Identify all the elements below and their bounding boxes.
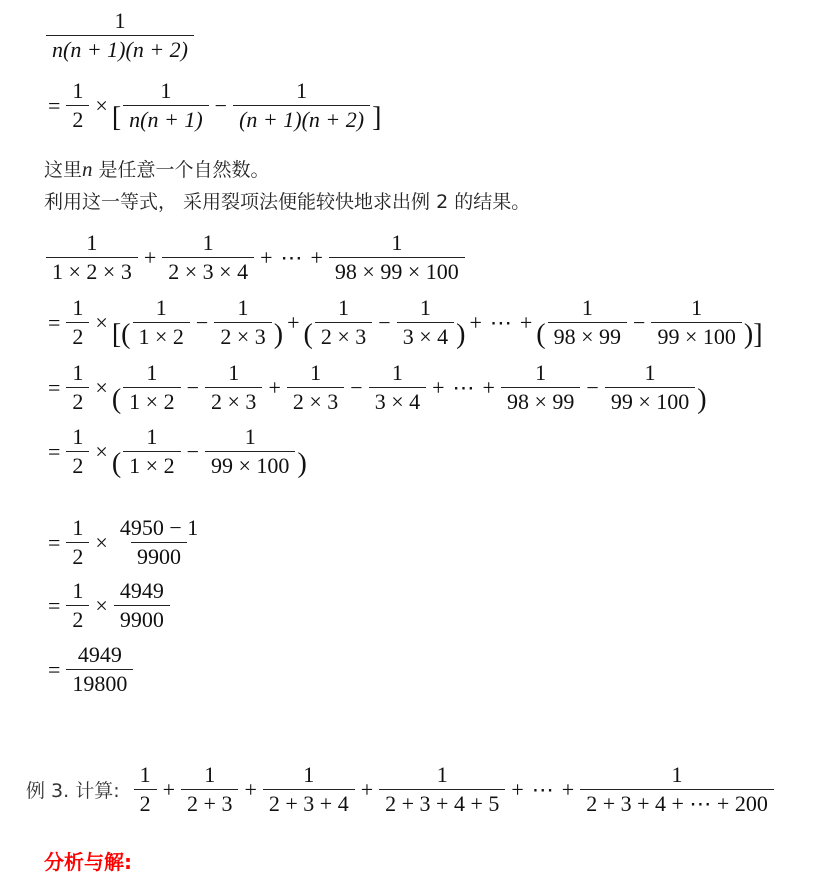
fraction: 4950 − 19900 xyxy=(114,515,204,570)
example2-step5: = 12 × 49499900 xyxy=(44,578,172,633)
fraction: 199 × 100 xyxy=(651,295,741,350)
example3-label: 例 3. 计算: xyxy=(26,776,120,803)
fraction: 12 × 3 xyxy=(205,360,262,415)
fraction-half: 12 xyxy=(66,295,89,350)
fraction: 12 × 3 xyxy=(214,295,271,350)
fraction: 13 × 4 xyxy=(369,360,426,415)
example2-step1: = 12 × [( 11 × 2 − 12 × 3 ) + ( 12 × 3 −… xyxy=(44,295,763,350)
example3: 例 3. 计算: 12 + 12 + 3 + 12 + 3 + 4 + 12 +… xyxy=(26,762,776,817)
fraction: 199 × 100 xyxy=(605,360,695,415)
fraction: 11 × 2 xyxy=(123,424,180,479)
fraction: 12 + 3 + 4 + ⋯ + 200 xyxy=(580,762,774,817)
identity-rhs: = 1 2 × [ 1 n(n + 1) − 1 (n + 1)(n + 2) … xyxy=(44,78,381,133)
fraction: 198 × 99 × 100 xyxy=(329,230,465,285)
fraction: 198 × 99 xyxy=(548,295,627,350)
fraction: 1 n(n + 1) xyxy=(123,78,209,133)
fraction-half: 12 xyxy=(66,515,89,570)
fraction: 198 × 99 xyxy=(501,360,580,415)
fraction: 11 × 2 xyxy=(133,295,190,350)
fraction: 49499900 xyxy=(114,578,170,633)
text-line-2: 利用这一等式， 采用裂项法便能较快地求出例 2 的结果。 xyxy=(44,187,530,214)
example2-result: = 494919800 xyxy=(44,642,135,697)
fraction: 12 × 3 xyxy=(287,360,344,415)
fraction-half: 12 xyxy=(66,360,89,415)
fraction: 12 × 3 xyxy=(315,295,372,350)
fraction: 12 × 3 × 4 xyxy=(162,230,254,285)
fraction-half: 1 2 xyxy=(66,78,89,133)
example2-step2: = 12 × ( 11 × 2 − 12 × 3 + 12 × 3 − 13 ×… xyxy=(44,360,707,415)
fraction: 12 + 3 xyxy=(181,762,238,817)
fraction: 11 × 2 xyxy=(123,360,180,415)
fraction: 12 xyxy=(134,762,157,817)
fraction: 12 + 3 + 4 + 5 xyxy=(379,762,505,817)
example2-step4: = 12 × 4950 − 19900 xyxy=(44,515,206,570)
fraction: 11 × 2 × 3 xyxy=(46,230,138,285)
fraction: 199 × 100 xyxy=(205,424,295,479)
fraction: 494919800 xyxy=(66,642,133,697)
identity-lhs: 1 n(n + 1)(n + 2) xyxy=(44,8,196,63)
fraction-half: 12 xyxy=(66,578,89,633)
text-line-1: 这里n 是任意一个自然数。 xyxy=(44,155,270,182)
fraction: 13 × 4 xyxy=(397,295,454,350)
example2-step3: = 12 × ( 11 × 2 − 199 × 100 ) xyxy=(44,424,307,479)
fraction-half: 12 xyxy=(66,424,89,479)
example2-sum: 11 × 2 × 3 + 12 × 3 × 4 + ⋯ + 198 × 99 ×… xyxy=(44,230,467,285)
fraction: 1 n(n + 1)(n + 2) xyxy=(46,8,194,63)
fraction: 1 (n + 1)(n + 2) xyxy=(233,78,370,133)
fraction: 12 + 3 + 4 xyxy=(263,762,355,817)
analysis-heading: 分析与解: xyxy=(44,846,132,875)
